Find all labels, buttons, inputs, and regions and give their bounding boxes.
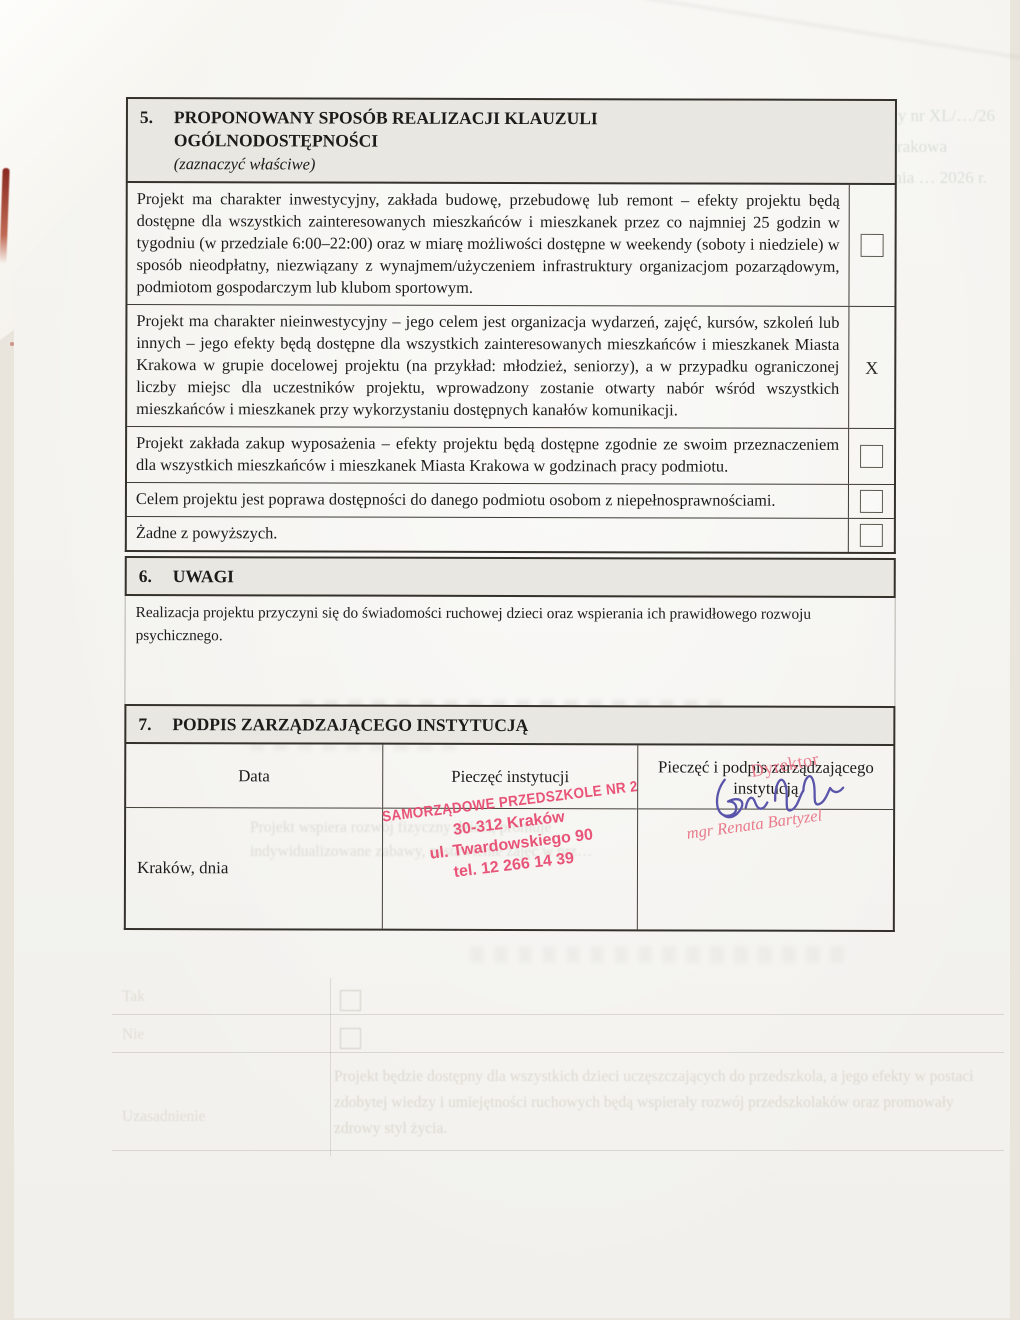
section7-title: PODPIS ZARZĄDZAJĄCEGO INSTYTUCJĄ (172, 713, 528, 737)
signature-table-col2: Pieczęć instytucji SAMORZĄDOWE PRZEDSZKO… (381, 745, 637, 930)
section5-title-line1: PROPONOWANY SPOSÓB REALIZACJI KLAUZULI (174, 106, 598, 130)
checkbox-icon[interactable] (861, 234, 884, 257)
option-row-dostepnosc: Celem projektu jest poprawa dostępności … (127, 482, 894, 518)
option-mark-cell (848, 185, 894, 306)
section5-title: PROPONOWANY SPOSÓB REALIZACJI KLAUZULI O… (174, 106, 598, 176)
option-row-zadne: Żadne z powyższych. (127, 516, 894, 552)
option-text: Projekt zakłada zakup wyposażenia – efek… (127, 427, 848, 484)
option-row-nieinwestycyjny: Projekt ma charakter nieinwestycyjny – j… (127, 304, 894, 428)
option-row-inwestycyjny: Projekt ma charakter inwestycyjny, zakła… (127, 183, 894, 306)
section6-title: UWAGI (173, 565, 234, 588)
institution-stamp-cell: SAMORZĄDOWE PRZEDSZKOLE NR 2 30-312 Krak… (382, 809, 637, 930)
bleedthrough-smudge (470, 946, 850, 963)
option-text: Projekt ma charakter inwestycyjny, zakła… (127, 183, 848, 306)
selected-x-mark: X (865, 356, 878, 378)
signature-table-col1: Data Kraków, dnia (126, 744, 382, 929)
scan-speck (10, 342, 14, 346)
signature-table: Data Kraków, dnia Pieczęć instytucji SAM… (124, 744, 895, 932)
section7-header: 7. PODPIS ZARZĄDZAJĄCEGO INSTYTUCJĄ (124, 704, 895, 746)
section6-content: Realizacja projektu przyczyni się do świ… (124, 596, 895, 706)
section5-subtitle: (zaznaczyć właściwe) (174, 152, 598, 176)
date-cell: Kraków, dnia (126, 808, 382, 929)
section5-number: 5. (140, 106, 174, 175)
section7-number: 7. (138, 713, 172, 736)
option-text: Żadne z powyższych. (127, 517, 848, 552)
option-row-wyposazenie: Projekt zakłada zakup wyposażenia – efek… (127, 426, 894, 484)
option-mark-cell: X (848, 307, 894, 428)
section6-header: 6. UWAGI (125, 556, 896, 598)
checkbox-icon[interactable] (860, 490, 883, 513)
signature-table-col3: Pieczęć i podpis zarządzającego instytuc… (637, 745, 893, 930)
section5-header: 5. PROPONOWANY SPOSÓB REALIZACJI KLAUZUL… (126, 97, 897, 185)
option-mark-cell (848, 519, 894, 552)
checkbox-icon[interactable] (860, 445, 883, 468)
option-mark-cell (848, 485, 894, 518)
director-signature-cell: Dyrektor mgr Renata Bartyzel (638, 809, 893, 930)
col1-header: Data (126, 744, 382, 809)
checkbox-icon[interactable] (860, 524, 883, 547)
section5-options: Projekt ma charakter inwestycyjny, zakła… (125, 183, 897, 554)
option-mark-cell (848, 429, 894, 484)
section5-title-line2: OGÓLNODOSTĘPNOŚCI (174, 129, 598, 153)
form-table: 5. PROPONOWANY SPOSÓB REALIZACJI KLAUZUL… (124, 97, 897, 932)
option-text: Celem projektu jest poprawa dostępności … (127, 483, 848, 518)
director-signature-block: Dyrektor mgr Renata Bartyzel (638, 745, 893, 930)
section6-number: 6. (139, 565, 173, 588)
option-text: Projekt ma charakter nieinwestycyjny – j… (127, 305, 848, 428)
scanned-document-page: { "document": { "section5": { "number": … (0, 0, 1020, 1320)
